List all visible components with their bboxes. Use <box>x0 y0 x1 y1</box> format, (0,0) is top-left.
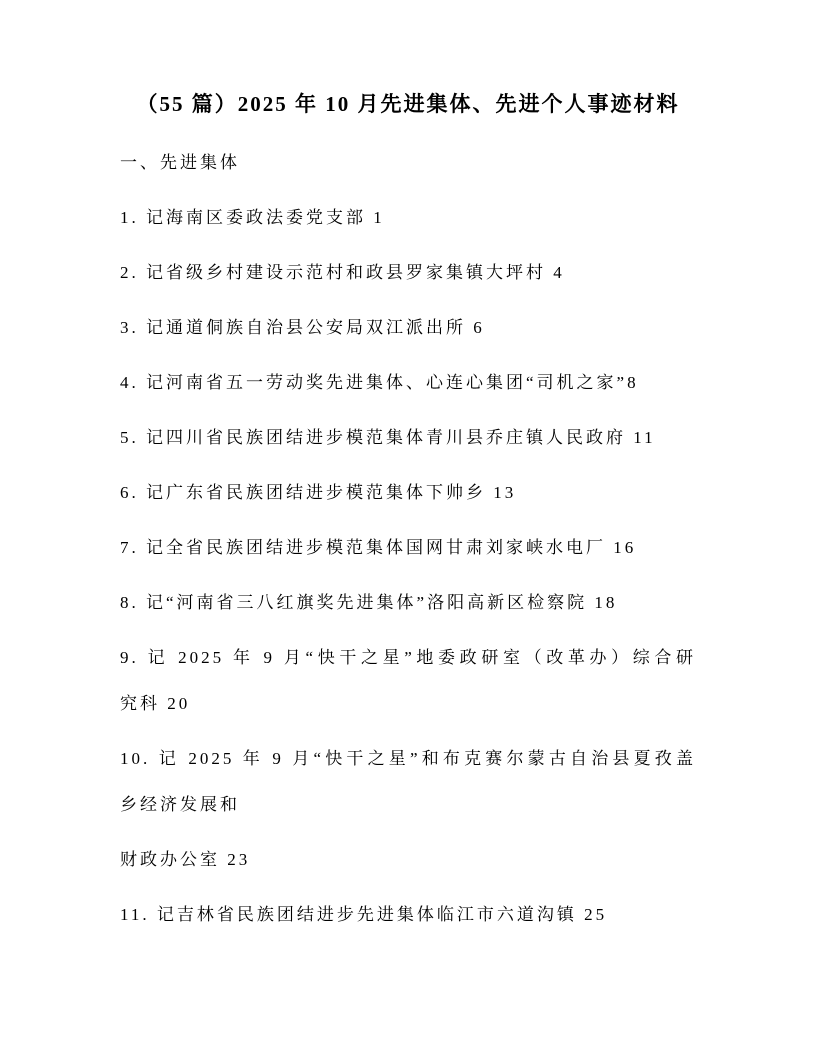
section-heading: 一、先进集体 <box>120 140 696 186</box>
toc-entry: 2. 记省级乡村建设示范村和政县罗家集镇大坪村 4 <box>120 250 696 296</box>
toc-entry-line: 5. 记四川省民族团结进步模范集体青川县乔庄镇人民政府 11 <box>120 415 696 461</box>
toc-entry-line: 11. 记吉林省民族团结进步先进集体临江市六道沟镇 25 <box>120 892 696 938</box>
toc-entry-line: 6. 记广东省民族团结进步模范集体下帅乡 13 <box>120 470 696 516</box>
toc-entry-line: 4. 记河南省五一劳动奖先进集体、心连心集团“司机之家”8 <box>120 360 696 406</box>
document-page: （55 篇）2025 年 10 月先进集体、先进个人事迹材料 一、先进集体 1.… <box>0 0 816 1056</box>
toc-entry: 7. 记全省民族团结进步模范集体国网甘肃刘家峡水电厂 16 <box>120 525 696 571</box>
toc-entry-line: 7. 记全省民族团结进步模范集体国网甘肃刘家峡水电厂 16 <box>120 525 696 571</box>
toc-entry: 9. 记 2025 年 9 月“快干之星”地委政研室（改革办）综合研究科 20 <box>120 635 696 727</box>
toc-entry: 5. 记四川省民族团结进步模范集体青川县乔庄镇人民政府 11 <box>120 415 696 461</box>
toc-entry: 6. 记广东省民族团结进步模范集体下帅乡 13 <box>120 470 696 516</box>
toc-entry-line: 2. 记省级乡村建设示范村和政县罗家集镇大坪村 4 <box>120 250 696 296</box>
toc-entry-line: 8. 记“河南省三八红旗奖先进集体”洛阳高新区检察院 18 <box>120 580 696 626</box>
document-title: （55 篇）2025 年 10 月先进集体、先进个人事迹材料 <box>120 87 696 121</box>
toc-entry: 10. 记 2025 年 9 月“快干之星”和布克赛尔蒙古自治县夏孜盖乡经济发展… <box>120 736 696 828</box>
toc-list: 1. 记海南区委政法委党支部 12. 记省级乡村建设示范村和政县罗家集镇大坪村 … <box>120 195 696 938</box>
toc-entry-line: 3. 记通道侗族自治县公安局双江派出所 6 <box>120 305 696 351</box>
toc-entry: 8. 记“河南省三八红旗奖先进集体”洛阳高新区检察院 18 <box>120 580 696 626</box>
toc-entry-line: 9. 记 2025 年 9 月“快干之星”地委政研室（改革办）综合研 <box>120 635 696 681</box>
toc-entry: 3. 记通道侗族自治县公安局双江派出所 6 <box>120 305 696 351</box>
toc-entry-line: 1. 记海南区委政法委党支部 1 <box>120 195 696 241</box>
toc-entry: 1. 记海南区委政法委党支部 1 <box>120 195 696 241</box>
toc-entry-line: 乡经济发展和 <box>120 782 696 828</box>
toc-entry-line: 究科 20 <box>120 681 696 727</box>
toc-entry: 11. 记吉林省民族团结进步先进集体临江市六道沟镇 25 <box>120 892 696 938</box>
toc-entry: 财政办公室 23 <box>120 837 696 883</box>
toc-entry-line: 10. 记 2025 年 9 月“快干之星”和布克赛尔蒙古自治县夏孜盖 <box>120 736 696 782</box>
toc-entry: 4. 记河南省五一劳动奖先进集体、心连心集团“司机之家”8 <box>120 360 696 406</box>
toc-entry-line: 财政办公室 23 <box>120 837 696 883</box>
